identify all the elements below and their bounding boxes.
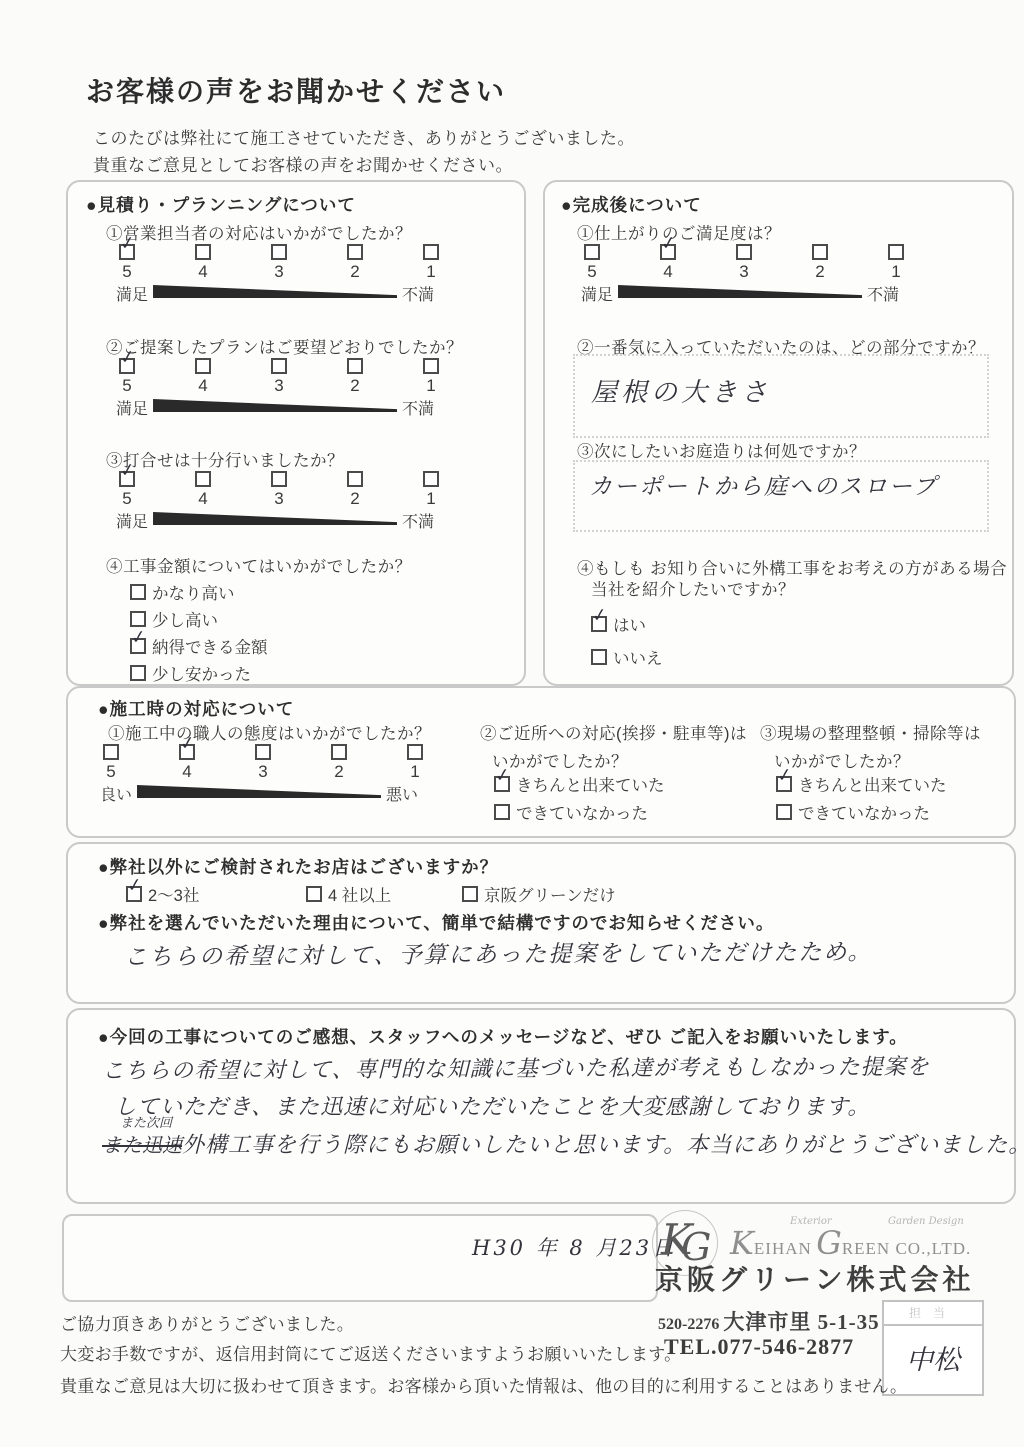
scale-number: 4 bbox=[198, 489, 207, 509]
scale-label-right: 不満 bbox=[867, 282, 899, 305]
company-address: 520-2276 大津市里 5-1-35 bbox=[658, 1306, 880, 1336]
logo-text-rest: REEN CO.,LTD. bbox=[842, 1239, 972, 1258]
scale-number: 2 bbox=[350, 262, 359, 282]
question-label: いかがでしたか？ bbox=[492, 748, 628, 772]
scale-number: 1 bbox=[410, 762, 419, 782]
handwritten-answer: 屋根の大きさ bbox=[591, 372, 771, 409]
scale-number: 3 bbox=[274, 489, 283, 509]
rating-checkbox-5[interactable] bbox=[119, 244, 135, 260]
reason-title: ●弊社を選んでいただいた理由について、簡単で結構ですのでお知らせください。 bbox=[98, 910, 774, 935]
rating-checkbox-3[interactable] bbox=[255, 744, 271, 760]
footer-note-3: 貴重なご意見は大切に扱わせて頂きます。お客様から頂いた情報は、他の目的に利用する… bbox=[60, 1372, 907, 1397]
scale-wedge bbox=[153, 399, 397, 412]
logo-company-en: KEIHAN GREEN CO.,LTD. bbox=[730, 1224, 971, 1262]
scale-wedge bbox=[137, 785, 381, 798]
answer-area[interactable]: 屋根の大きさ bbox=[573, 354, 989, 438]
company-tel: TEL.077-546-2877 bbox=[664, 1334, 854, 1360]
scale-label-right: 不満 bbox=[402, 509, 434, 532]
question-label: ②ご提案したプランはご要望どおりでしたか？ bbox=[106, 334, 463, 358]
rating-checkbox-1[interactable] bbox=[423, 358, 439, 374]
scale-label-left: 満足 bbox=[116, 396, 148, 419]
scale-number: 3 bbox=[258, 762, 267, 782]
rating-checkbox-1[interactable] bbox=[423, 471, 439, 487]
rating-checkbox-5[interactable] bbox=[119, 358, 135, 374]
scale-number: 3 bbox=[274, 376, 283, 396]
rating-checkbox-1[interactable] bbox=[888, 244, 904, 260]
scale-label-right: 悪い bbox=[386, 782, 418, 805]
checkbox[interactable] bbox=[126, 886, 142, 902]
rating-checkbox-4[interactable] bbox=[179, 744, 195, 760]
address-text: 大津市里 5-1-35 bbox=[723, 1310, 879, 1334]
option-label: かなり高い bbox=[152, 580, 235, 604]
checkbox[interactable] bbox=[130, 584, 146, 600]
scale-number: 2 bbox=[815, 262, 824, 282]
rating-checkbox-5[interactable] bbox=[119, 471, 135, 487]
scale-wedge bbox=[618, 285, 862, 298]
scale-number: 5 bbox=[106, 762, 115, 782]
question-label: ③打合せは十分行いましたか？ bbox=[106, 447, 344, 471]
question-label: ①仕上がりのご満足度は？ bbox=[577, 220, 781, 244]
answer-area[interactable]: カーポートから庭へのスロープ bbox=[573, 460, 989, 532]
rating-scale: 5 4 3 2 1 満足不満 bbox=[116, 244, 442, 305]
checkbox[interactable] bbox=[306, 886, 322, 902]
scale-number: 5 bbox=[122, 489, 131, 509]
scale-number: 1 bbox=[426, 376, 435, 396]
scale-label-left: 満足 bbox=[116, 282, 148, 305]
scale-label-left: 満足 bbox=[116, 509, 148, 532]
question-label: ③現場の整理整頓・掃除等は bbox=[760, 720, 981, 744]
rating-checkbox-5[interactable] bbox=[103, 744, 119, 760]
scale-number: 2 bbox=[334, 762, 343, 782]
option-label: 2～3社 bbox=[148, 882, 199, 906]
section-planning: ●見積り・プランニングについて ①営業担当者の対応はいかがでしたか？ 5 4 3… bbox=[66, 180, 526, 686]
rating-checkbox-1[interactable] bbox=[423, 244, 439, 260]
question-label: ①施工中の職人の態度はいかがでしたか？ bbox=[108, 720, 431, 744]
checkbox[interactable] bbox=[494, 776, 510, 792]
rating-checkbox-4[interactable] bbox=[195, 244, 211, 260]
scale-wedge bbox=[153, 512, 397, 525]
handwritten-struck-text: また迅速 bbox=[102, 1133, 182, 1157]
rating-checkbox-2[interactable] bbox=[331, 744, 347, 760]
scale-wedge bbox=[153, 285, 397, 298]
handwritten-comment-line-2: していただき、また迅速に対応いただいたことを大変感謝しております。 bbox=[114, 1090, 870, 1121]
section-title: ●今回の工事についてのご感想、スタッフへのメッセージなど、ぜひ ご記入をお願いい… bbox=[98, 1024, 908, 1049]
survey-page: お客様の声をお聞かせください このたびは弊社にて施工させていただき、ありがとうご… bbox=[0, 0, 1024, 1447]
scale-number: 5 bbox=[122, 262, 131, 282]
rating-checkbox-4[interactable] bbox=[195, 471, 211, 487]
rating-scale: 5 4 3 2 1 満足不満 bbox=[116, 358, 442, 419]
checkbox[interactable] bbox=[494, 804, 510, 820]
rating-checkbox-3[interactable] bbox=[736, 244, 752, 260]
question-label: ①営業担当者の対応はいかがでしたか？ bbox=[106, 220, 412, 244]
scale-label-left: 満足 bbox=[581, 282, 613, 305]
intro-line-2: 貴重なご意見としてお客様の声をお聞かせください。 bbox=[93, 151, 513, 176]
stamp-header: 担当 bbox=[884, 1302, 982, 1326]
rating-checkbox-4[interactable] bbox=[195, 358, 211, 374]
company-name: 京阪グリーン株式会社 bbox=[655, 1258, 974, 1298]
checkbox-yes[interactable] bbox=[591, 616, 607, 632]
scale-number: 1 bbox=[426, 262, 435, 282]
rating-checkbox-3[interactable] bbox=[271, 358, 287, 374]
handwritten-comment-line-3: 外構工事を行う際にもお願いしたいと思います。本当にありがとうございました。 bbox=[182, 1133, 1024, 1158]
scale-number: 4 bbox=[198, 376, 207, 396]
scale-number: 3 bbox=[274, 262, 283, 282]
section-title: ●完成後について bbox=[561, 192, 702, 217]
checkbox[interactable] bbox=[130, 638, 146, 654]
rating-checkbox-1[interactable] bbox=[407, 744, 423, 760]
scale-label-left: 良い bbox=[100, 782, 132, 805]
scale-number: 2 bbox=[350, 489, 359, 509]
question-label: ③次にしたいお庭造りは何処ですか？ bbox=[577, 438, 866, 462]
rating-checkbox-2[interactable] bbox=[812, 244, 828, 260]
footer-note-1: ご協力頂きありがとうございました。 bbox=[60, 1310, 354, 1335]
scale-number: 4 bbox=[182, 762, 191, 782]
rating-checkbox-2[interactable] bbox=[347, 244, 363, 260]
logo-text-eihan: EIHAN bbox=[754, 1239, 812, 1258]
scale-number: 3 bbox=[739, 262, 748, 282]
address-zip: 520-2276 bbox=[658, 1316, 719, 1333]
section-completion: ●完成後について ①仕上がりのご満足度は？ 5 4 3 2 1 満足不満 ②一番… bbox=[543, 180, 1014, 686]
date-box[interactable]: H30 年 8 月23日 bbox=[62, 1214, 658, 1302]
option-label: 少し高い bbox=[152, 607, 218, 631]
question-label: いかがでしたか？ bbox=[774, 748, 910, 772]
handwritten-date: H30 年 8 月23日 bbox=[472, 1232, 676, 1262]
scale-number: 5 bbox=[122, 376, 131, 396]
checkbox[interactable] bbox=[130, 611, 146, 627]
checkbox[interactable] bbox=[776, 804, 792, 820]
option-label: 京阪グリーンだけ bbox=[484, 882, 616, 906]
section-construction: ●施工時の対応について ①施工中の職人の態度はいかがでしたか？ 5 4 3 2 … bbox=[66, 686, 1016, 838]
scale-label-right: 不満 bbox=[402, 396, 434, 419]
checkbox[interactable] bbox=[462, 886, 478, 902]
option-label: きちんと出来ていた bbox=[798, 772, 947, 796]
rating-scale: 5 4 3 2 1 良い悪い bbox=[100, 744, 426, 805]
scale-label-right: 不満 bbox=[402, 282, 434, 305]
rating-scale: 5 4 3 2 1 満足不満 bbox=[116, 471, 442, 532]
handwritten-answer: カーポートから庭へのスロープ bbox=[589, 468, 938, 501]
checkbox[interactable] bbox=[130, 665, 146, 681]
option-label: 4 社以上 bbox=[328, 882, 391, 906]
rating-checkbox-5[interactable] bbox=[584, 244, 600, 260]
scale-number: 1 bbox=[891, 262, 900, 282]
scale-number: 2 bbox=[350, 376, 359, 396]
intro-line-1: このたびは弊社にて施工させていただき、ありがとうございました。 bbox=[93, 124, 635, 149]
question-label: ②ご近所への対応(挨拶・駐車等)は bbox=[480, 720, 747, 744]
logo-big-g: G bbox=[816, 1224, 842, 1262]
rating-checkbox-2[interactable] bbox=[347, 471, 363, 487]
option-label: できていなかった bbox=[516, 800, 648, 824]
question-label: 当社を紹介したいですか？ bbox=[591, 576, 795, 600]
section-title: ●見積り・プランニングについて bbox=[86, 192, 356, 217]
checkbox-no[interactable] bbox=[591, 649, 607, 665]
option-label: はい bbox=[613, 612, 646, 636]
section-comments: ●今回の工事についてのご感想、スタッフへのメッセージなど、ぜひ ご記入をお願いい… bbox=[66, 1008, 1016, 1204]
handwritten-comment-line-1: こちらの希望に対して、専門的な知識に基づいた私達が考えもしなかった提案を bbox=[102, 1050, 930, 1085]
page-title: お客様の声をお聞かせください bbox=[86, 70, 506, 110]
option-label: できていなかった bbox=[798, 800, 930, 824]
option-label: 納得できる金額 bbox=[152, 634, 268, 658]
rating-checkbox-4[interactable] bbox=[660, 244, 676, 260]
section-title: ●施工時の対応について bbox=[98, 696, 294, 721]
scale-number: 5 bbox=[587, 262, 596, 282]
rating-checkbox-3[interactable] bbox=[271, 244, 287, 260]
option-label: きちんと出来ていた bbox=[516, 772, 665, 796]
rating-checkbox-2[interactable] bbox=[347, 358, 363, 374]
section-title: ●弊社以外にご検討されたお店はございますか？ bbox=[98, 854, 498, 879]
handwritten-reason: こちらの希望に対して、予算にあった提案をしていただけたため。 bbox=[124, 933, 873, 971]
option-label: 少し安かった bbox=[152, 661, 251, 685]
logo-big-k: K bbox=[730, 1224, 754, 1262]
footer-note-2: 大変お手数ですが、返信用封筒にてご返送くださいますようお願いいたします。 bbox=[60, 1340, 681, 1365]
rating-checkbox-3[interactable] bbox=[271, 471, 287, 487]
question-label: ④工事金額についてはいかがでしたか？ bbox=[106, 553, 412, 577]
scale-number: 4 bbox=[663, 262, 672, 282]
checkbox[interactable] bbox=[776, 776, 792, 792]
rating-scale: 5 4 3 2 1 満足不満 bbox=[581, 244, 907, 305]
scale-number: 1 bbox=[426, 489, 435, 509]
scale-number: 4 bbox=[198, 262, 207, 282]
option-label: いいえ bbox=[613, 645, 663, 669]
section-comparison: ●弊社以外にご検討されたお店はございますか？ 2～3社 4 社以上 京阪グリーン… bbox=[66, 842, 1016, 1004]
